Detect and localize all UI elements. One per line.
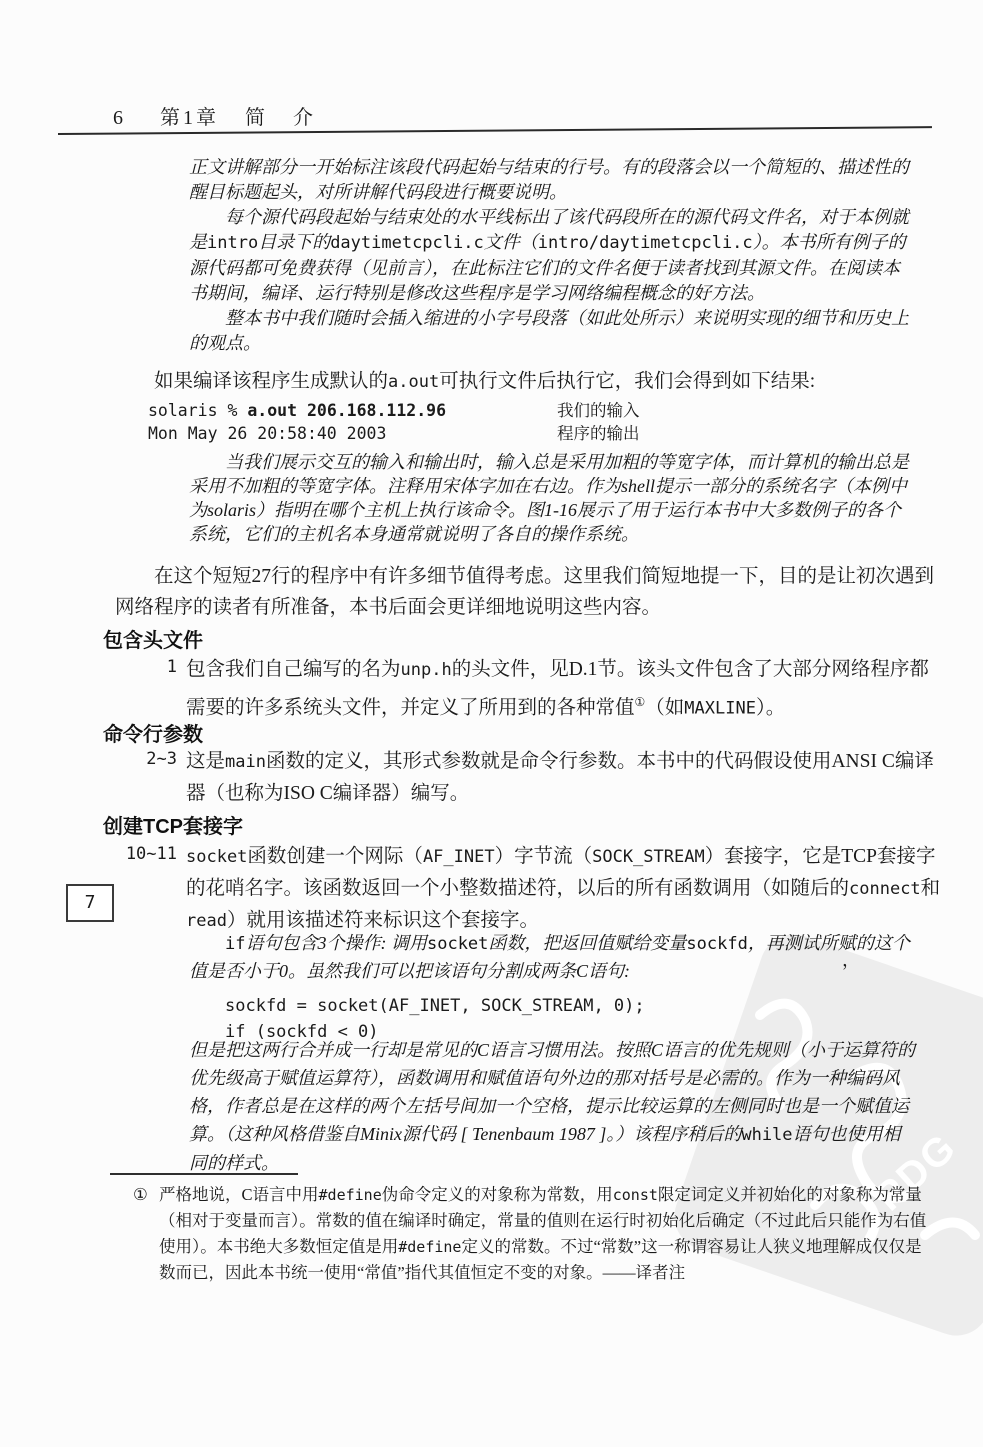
text-segment: 函数创建一个网际（: [247, 846, 423, 867]
section-heading-tcpsocket: 创建TCP套接字: [103, 810, 243, 839]
terminal-transcript: solaris % a.out 206.168.112.96 Mon May 2…: [148, 399, 446, 445]
commentary-body: 这是main函数的定义，其形式参数就是命令行参数。本书中的代码假设使用ANSI …: [186, 746, 943, 810]
user-input: a.out 206.168.112.96: [247, 401, 446, 420]
line-range-marker: 2~3: [107, 746, 186, 810]
book-page-scan: PDG 6第1章简 介 正文讲解部分一开始标注该段代码起始与结束的行号。有的段落…: [0, 0, 983, 1447]
commentary-item: 1 包含我们自己编写的名为unp.h的头文件，见D.1节。该头文件包含了大部分网…: [107, 654, 943, 725]
folio-page-number: 6: [113, 107, 124, 129]
commentary-body: 包含我们自己编写的名为unp.h的头文件，见D.1节。该头文件包含了大部分网络程…: [186, 654, 943, 725]
code-segment: connect: [849, 879, 921, 899]
annotation-output: 程序的输出: [557, 422, 640, 445]
text-segment: 目录下的: [258, 232, 330, 252]
line-range-marker: 10~11: [107, 841, 186, 937]
code-segment: intro/daytimetcpcli.c: [538, 233, 753, 253]
terminal-line-output: Mon May 26 20:58:40 2003: [148, 422, 446, 445]
code-segment: a.out: [388, 372, 439, 392]
code-segment: socket: [427, 934, 488, 954]
shell-prompt: solaris %: [148, 401, 247, 420]
paragraph: 整本书中我们随时会插入缩进的小字号段落（如此处所示）来说明实现的细节和历史上的观…: [189, 306, 911, 356]
terminal-line-input: solaris % a.out 206.168.112.96: [148, 399, 446, 422]
code-segment: while: [741, 1125, 792, 1145]
footnote-body: 严格地说，C语言中用#define伪命令定义的对象称为常数，用const限定词定…: [159, 1182, 935, 1286]
code-segment: daytimetcpcli.c: [330, 233, 484, 253]
text-segment: 文件（: [484, 232, 538, 252]
note-if-statement: if语句包含3个操作: 调用socket函数，把返回值赋给变量sockfd，再测…: [189, 930, 913, 985]
commentary-item: 10~11 socket函数创建一个网际（AF_INET）字节流（SOCK_ST…: [107, 841, 943, 937]
text-segment: 语句包含3个操作: 调用: [245, 933, 427, 953]
section-heading-include: 包含头文件: [103, 624, 203, 653]
code-segment: AF_INET: [423, 847, 495, 867]
text-segment: 函数的定义，其形式参数就是命令行参数。本书中的代码假设使用ANSI C编译器（也…: [186, 751, 934, 804]
text-segment: 严格地说，C语言中用: [159, 1185, 319, 1204]
code-segment: intro: [207, 233, 258, 253]
text-segment: （如: [645, 698, 684, 719]
text-segment: ）字节流（: [495, 846, 593, 867]
code-segment: read: [186, 911, 227, 931]
text-segment: 正文讲解部分一开始标注该段代码起始与结束的行号。有的段落会以一个简短的、描述性的…: [189, 157, 909, 202]
code-segment: if: [225, 934, 245, 954]
paragraph: 正文讲解部分一开始标注该段代码起始与结束的行号。有的段落会以一个简短的、描述性的…: [189, 155, 911, 205]
note-conventions: 正文讲解部分一开始标注该段代码起始与结束的行号。有的段落会以一个简短的、描述性的…: [189, 155, 911, 356]
terminal-annotations: 我们的输入 程序的输出: [557, 399, 640, 445]
text-segment: 伪命令定义的对象称为常数，用: [382, 1185, 613, 1204]
code-segment: sockfd: [686, 934, 747, 954]
code-segment: const: [613, 1186, 658, 1204]
text-segment: ）就用该描述符来标识这个套接字。: [227, 910, 539, 931]
code-segment: MAXLINE: [684, 699, 756, 719]
commentary-item: 2~3 这是main函数的定义，其形式参数就是命令行参数。本书中的代码假设使用A…: [107, 746, 943, 810]
paragraph: 但是把这两行合并成一行却是常见的C语言习惯用法。按照C语言的优先规则（小于运算符…: [189, 1036, 915, 1177]
annotation-input: 我们的输入: [557, 399, 640, 422]
note-coding-style: 但是把这两行合并成一行却是常见的C语言习惯用法。按照C语言的优先规则（小于运算符…: [189, 1036, 915, 1177]
footnote-rule: [110, 1173, 298, 1175]
text-segment: 当我们展示交互的输入和输出时，输入总是采用加粗的等宽字体，而计算机的输出总是采用…: [189, 452, 909, 544]
text-segment: 如果编译该程序生成默认的: [154, 371, 388, 392]
footnote: ① 严格地说，C语言中用#define伪命令定义的对象称为常数，用const限定…: [133, 1182, 935, 1286]
text-segment: 这是: [186, 751, 225, 772]
text-segment: 和: [921, 878, 941, 899]
code-segment: socket: [186, 847, 247, 867]
text-segment: 在这个短短27行的程序中有许多细节值得考虑。这里我们简短地提一下，目的是让初次遇…: [115, 566, 934, 618]
footnote-marker: ①: [133, 1182, 159, 1286]
text-segment: 函数，把返回值赋给变量: [488, 933, 686, 953]
margin-page-number-box: 7: [66, 884, 114, 922]
code-segment: unp.h: [401, 660, 452, 680]
code-segment: SOCK_STREAM: [592, 847, 705, 867]
chapter-title: 简 介: [245, 107, 317, 129]
paragraph-details: 在这个短短27行的程序中有许多细节值得考虑。这里我们简短地提一下，目的是让初次遇…: [115, 561, 939, 623]
chapter-label: 第1章: [160, 107, 219, 129]
line-range-marker: 1: [107, 654, 186, 725]
code-segment: main: [225, 752, 266, 772]
paragraph-compile-run: 如果编译该程序生成默认的a.out可执行文件后执行它，我们会得到如下结果:: [115, 366, 943, 398]
scan-artifact-mark: ，: [842, 946, 860, 972]
note-io-conventions: 当我们展示交互的输入和输出时，输入总是采用加粗的等宽字体，而计算机的输出总是采用…: [189, 450, 913, 546]
code-segment: #define: [319, 1186, 382, 1204]
footnote-ref: ①: [635, 695, 646, 709]
section-heading-cmdline: 命令行参数: [103, 718, 203, 747]
code-line: sockfd = socket(AF_INET, SOCK_STREAM, 0)…: [225, 993, 645, 1019]
paragraph: 每个源代码段起始与结束处的水平线标出了该代码段所在的源代码文件名，对于本例就是i…: [189, 205, 911, 306]
paragraph: 当我们展示交互的输入和输出时，输入总是采用加粗的等宽字体，而计算机的输出总是采用…: [189, 450, 913, 546]
text-segment: 整本书中我们随时会插入缩进的小字号段落（如此处所示）来说明实现的细节和历史上的观…: [189, 308, 909, 353]
code-segment: #define: [398, 1238, 461, 1256]
commentary-body: socket函数创建一个网际（AF_INET）字节流（SOCK_STREAM）套…: [186, 841, 943, 937]
text-segment: 包含我们自己编写的名为: [186, 659, 401, 680]
paragraph: if语句包含3个操作: 调用socket函数，把返回值赋给变量sockfd，再测…: [189, 930, 913, 985]
text-segment: ）。: [756, 698, 785, 719]
text-segment: 可执行文件后执行它，我们会得到如下结果:: [439, 371, 815, 392]
running-header: 6第1章简 介: [113, 101, 317, 130]
